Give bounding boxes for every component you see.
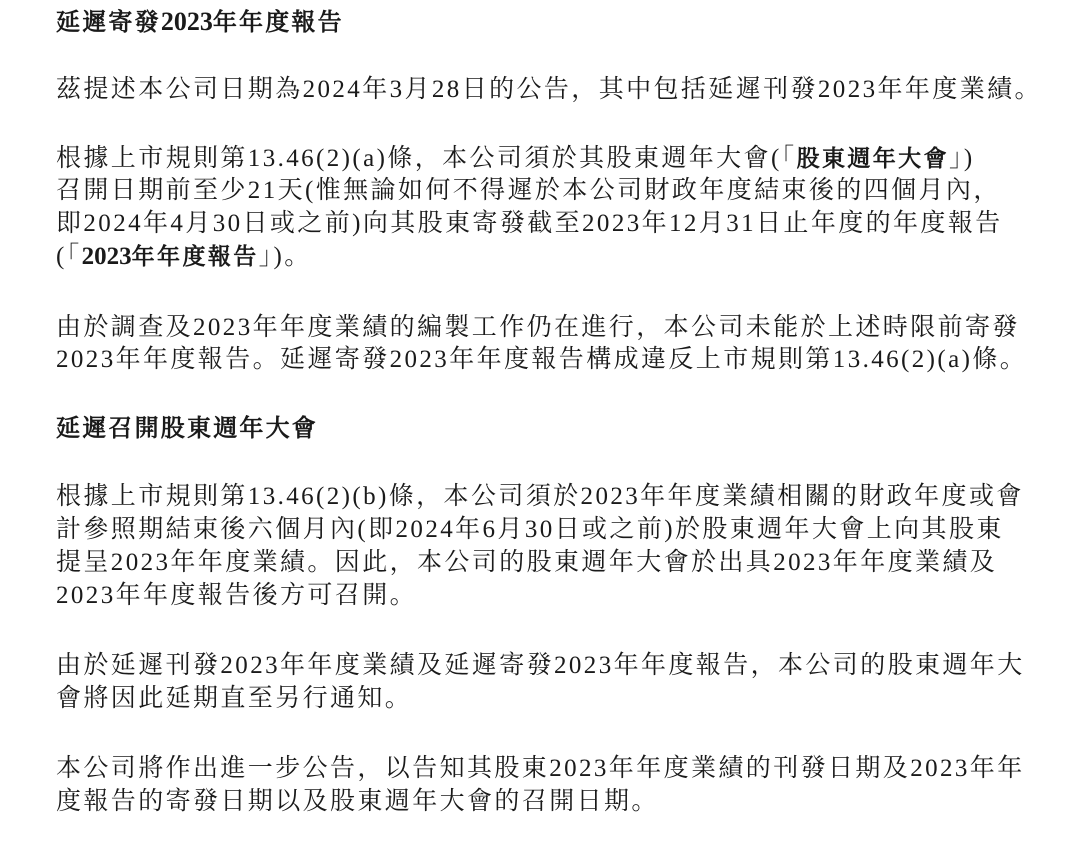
section-heading-delay-agm: 延遲召開股東週年大會	[56, 412, 318, 444]
paragraph-agm-rule-line: 2023年年度報告後方可召開。	[56, 580, 417, 612]
paragraph-further-announcement-line: 本公司將作出進一步公告，以告知其股東2023年年度業績的刊發日期及2023年年	[56, 753, 1025, 785]
heading-year: 2023	[161, 7, 213, 36]
heading-text: 延遲寄發	[56, 8, 161, 36]
defined-term-agm: 股東週年大會	[797, 146, 949, 172]
text: 」)	[949, 145, 975, 172]
heading-text: 年年度報告	[213, 8, 344, 36]
paragraph-agm-rule-line: 計參照期結束後六個月內(即2024年6月30日或之前)於股東週年大會上向其股東	[56, 514, 1004, 546]
text: 」)。	[259, 243, 312, 270]
text: 根據上市規則第13.46(2)(a)條，本公司須於其股東週年大會(「	[56, 145, 797, 172]
defined-term-annual-report: 2023年年度報告	[82, 244, 259, 270]
paragraph-listing-rule-line: 召開日期前至少21天(惟無論如何不得遲於本公司財政年度結束後的四個月內，	[56, 175, 1001, 207]
paragraph-listing-rule-line: 根據上市規則第13.46(2)(a)條，本公司須於其股東週年大會(「股東週年大會…	[56, 143, 975, 175]
paragraph-agm-postponed-line: 由於延遲刊發2023年年度業績及延遲寄發2023年年度報告，本公司的股東週年大	[56, 650, 1025, 682]
paragraph-agm-rule-line: 提呈2023年年度業績。因此，本公司的股東週年大會於出具2023年年度業績及	[56, 547, 997, 579]
defined-term-text: 年年度報告	[132, 244, 259, 270]
section-heading-delay-annual-report: 延遲寄發2023年年度報告	[56, 6, 344, 38]
paragraph-agm-postponed-line: 會將因此延期直至另行通知。	[56, 683, 412, 715]
text: (「	[56, 243, 82, 270]
paragraph-further-announcement-line: 度報告的寄發日期以及股東週年大會的召開日期。	[56, 786, 659, 818]
paragraph-listing-rule-line: 即2024年4月30日或之前)向其股東寄發截至2023年12月31日止年度的年度…	[56, 208, 1003, 240]
paragraph-listing-rule-line: (「2023年年度報告」)。	[56, 241, 312, 273]
paragraph-investigation-line: 由於調查及2023年年度業績的編製工作仍在進行，本公司未能於上述時限前寄發	[56, 312, 1020, 344]
paragraph-agm-rule-line: 根據上市規則第13.46(2)(b)條，本公司須於2023年年度業績相關的財政年…	[56, 481, 1024, 513]
paragraph-investigation-line: 2023年年度報告。延遲寄發2023年年度報告構成違反上市規則第13.46(2)…	[56, 344, 1027, 376]
paragraph-reference-announcement: 茲提述本公司日期為2024年3月28日的公告，其中包括延遲刊發2023年年度業績…	[56, 74, 1042, 106]
defined-term-year: 2023	[82, 243, 132, 270]
